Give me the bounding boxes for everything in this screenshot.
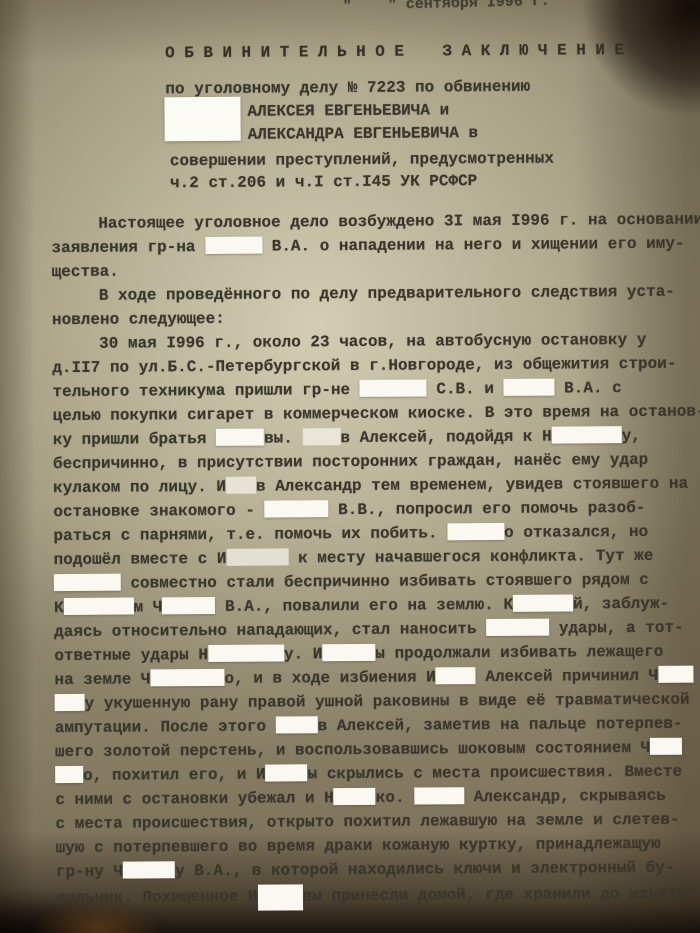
document-line: ку пришли братья вы. в Алексей, подойдя … <box>53 426 641 450</box>
document-line: ампутации. После этого в Алексей, замети… <box>55 714 683 738</box>
document-line: раться с парнями, т.е. помочь их побить.… <box>53 522 648 546</box>
text-segment: у В.А., в которой находились ключи и эле… <box>175 859 674 880</box>
text-segment: с места происшествия, открыто похитил ле… <box>55 811 679 833</box>
document-line: остановке знакомого - В.В., попросил его… <box>53 498 645 522</box>
text-segment: м Ч <box>134 598 163 616</box>
redaction-box <box>486 619 549 636</box>
text-segment: шую с потерпевшего во время драки кожану… <box>56 835 661 857</box>
document-line: кулаком по лицу. Ив Александр тем времен… <box>53 474 688 498</box>
text-segment: о отказался, но <box>504 523 648 542</box>
document-line: шую с потерпевшего во время драки кожану… <box>56 834 661 858</box>
text-segment: беспричинно, в присутствии посторонних г… <box>53 451 648 473</box>
text-segment: вы. <box>264 429 303 447</box>
redaction-box <box>64 598 134 615</box>
redaction-box <box>216 429 264 446</box>
text-segment: В.В., попросил его помочь разоб- <box>328 499 645 519</box>
document-line: на земле Чо, и в ходе избиения И Алексей… <box>54 666 693 690</box>
document-text-layer: " " сентября I996 г. ОБВИНИТЕЛЬНОЕ ЗАКЛЮ… <box>0 0 700 933</box>
document-line: совместно стали беспричинно избивать сто… <box>54 570 649 594</box>
text-segment: заявления гр-на <box>51 238 205 257</box>
document-line: о, похитил его, и Иы скрылись с места пр… <box>55 762 682 786</box>
redaction-box <box>226 548 288 565</box>
redaction-box <box>55 766 83 783</box>
text-segment: к месту начавшегося конфликта. Тут же <box>288 547 653 568</box>
text-segment: в Александр тем временем, увидев стоявше… <box>256 475 688 496</box>
text-segment: у, <box>622 427 641 445</box>
text-segment: В ходе проведённого по делу предваритель… <box>99 283 675 305</box>
redaction-box <box>264 500 328 517</box>
redaction-box <box>55 694 85 711</box>
document-photo: " " сентября I996 г. ОБВИНИТЕЛЬНОЕ ЗАКЛЮ… <box>0 0 700 933</box>
text-segment: удары, а тот- <box>549 619 684 638</box>
redaction-box <box>276 716 318 733</box>
redaction-box <box>360 379 427 396</box>
text-segment: о, похитил его, и И <box>83 766 266 785</box>
text-segment: гр-ну Ч <box>56 863 123 881</box>
redaction-box <box>658 666 693 683</box>
text-segment: шего золотой перстень, и воспользовавшис… <box>55 739 650 761</box>
text-segment: подошёл вместе с И <box>54 550 227 569</box>
accused-name-1: АЛЕКСЕЯ ЕВГЕНЬЕВИЧА и <box>247 100 449 121</box>
document-line: подошёл вместе с И к месту начавшегося к… <box>54 546 654 570</box>
document-line: Км Ч В.А., повалили его на землю. Кй, за… <box>54 594 669 618</box>
text-segment: новлено следующее: <box>52 310 225 329</box>
redaction-box <box>54 574 121 591</box>
text-segment: в Алексей, подойдя к Н <box>340 428 551 447</box>
text-segment: В.А. о нападении на него и хищении его и… <box>262 235 685 256</box>
text-segment: В.А., повалили его на землю. К <box>215 596 513 616</box>
document-line: беспричинно, в присутствии посторонних г… <box>53 450 648 474</box>
text-segment: вы принесли домой, где хранили до изъяти… <box>303 885 697 906</box>
document-line: 30 мая I996 г., около 23 часов, на автоб… <box>99 330 646 354</box>
document-line: тельного техникума пришли гр-не С.В. и В… <box>52 378 621 402</box>
text-segment: К <box>54 599 64 617</box>
text-segment: у укушенную рану правой ушной раковины в… <box>85 691 690 713</box>
redaction-box <box>208 644 284 662</box>
text-segment: щества. <box>52 263 119 281</box>
document-line: шего золотой перстень, и воспользовавшис… <box>55 738 682 762</box>
text-segment: 30 мая I996 г., около 23 часов, на автоб… <box>99 331 646 353</box>
text-segment: кулаком по лицу. И <box>53 478 226 497</box>
text-segment: тельного техникума пришли гр-не <box>52 381 359 401</box>
text-segment: ампутации. После этого <box>55 718 276 738</box>
redaction-box <box>436 667 476 684</box>
document-line: целью покупки сигарет в коммерческом кио… <box>53 402 700 427</box>
text-segment: ко. <box>376 789 415 807</box>
redaction-box <box>258 884 303 910</box>
text-segment: дильник. Похищенное И <box>56 888 258 907</box>
redaction-box <box>150 669 224 687</box>
text-segment: д.II7 по ул.Б.С.-Петербургской в г.Новго… <box>52 355 676 377</box>
document-line: д.II7 по ул.Б.С.-Петербургской в г.Новго… <box>52 354 676 378</box>
redaction-box <box>322 644 375 661</box>
document-line: заявления гр-на В.А. о нападении на него… <box>51 234 684 258</box>
document-line: новлено следующее: <box>52 309 225 330</box>
text-segment: Алексей причинил Ч <box>476 667 659 686</box>
text-segment: в Алексей, заметив на пальце потерпев- <box>318 715 683 736</box>
document-line: В ходе проведённого по делу предваритель… <box>99 282 675 306</box>
text-segment: Настоящее уголовное дело возбуждено 3I м… <box>98 211 700 233</box>
document-line: у укушенную рану правой ушной раковины в… <box>55 690 690 714</box>
text-segment: Александр, скрываясь <box>464 787 666 806</box>
text-segment: с ними с остановки убежал и Н <box>55 789 334 809</box>
redaction-box <box>650 738 682 755</box>
redaction-box <box>552 426 622 443</box>
charges-line-2: ч.2 ст.206 и ч.I ст.I45 УК РСФСР <box>170 171 477 193</box>
text-segment: о, и в ходе избиения И <box>224 668 435 687</box>
redaction-box-header <box>164 97 240 142</box>
text-segment: ку пришли братья <box>53 430 216 449</box>
redaction-box <box>266 764 308 781</box>
document-line: дильник. Похищенное Ивы принесли домой, … <box>56 882 696 912</box>
text-segment: ы продолжали избивать лежащего <box>375 643 663 663</box>
redaction-box <box>123 861 175 878</box>
text-segment: В.А. с <box>554 379 621 397</box>
document-line: даясь относительно нападающих, стал нано… <box>54 618 684 642</box>
document-line: гр-ну Чу В.А., в которой находились ключ… <box>56 858 675 882</box>
redaction-box <box>302 428 340 445</box>
text-segment: остановке знакомого - <box>53 502 264 521</box>
redaction-box <box>513 594 573 611</box>
text-segment: ответные удары Н <box>54 646 208 665</box>
accused-name-2: АЛЕКСАНДРА ЕВГЕНЬЕВИЧА в <box>248 123 479 145</box>
text-segment: ы скрылись с места происшествия. Вместе <box>308 763 683 784</box>
text-segment: на земле Ч <box>54 670 150 689</box>
text-segment: даясь относительно нападающих, стал нано… <box>54 620 486 641</box>
redaction-box <box>503 379 554 396</box>
document-title: ОБВИНИТЕЛЬНОЕ ЗАКЛЮЧЕНИЕ <box>165 40 634 63</box>
document-line: щества. <box>52 262 119 282</box>
redaction-box <box>447 523 504 540</box>
document-line: с места происшествия, открыто похитил ле… <box>55 810 679 834</box>
document-line: Настоящее уголовное дело возбуждено 3I м… <box>98 210 700 234</box>
text-segment: С.В. и <box>427 380 504 399</box>
text-segment: й, заблуж- <box>573 595 669 614</box>
document-line: с ними с остановки убежал и Нко. Алексан… <box>55 786 666 810</box>
redaction-box <box>162 597 215 614</box>
document-line: ответные удары Ну. Иы продолжали избиват… <box>54 642 663 666</box>
case-number-line: по уголовному делу № 7223 по обвинению <box>165 77 530 100</box>
text-segment: раться с парнями, т.е. помочь их побить. <box>53 524 447 545</box>
redaction-box <box>334 788 376 805</box>
charges-line-1: совершении преступлений, предусмотренных <box>170 149 554 172</box>
date-line: " " сентября I996 г. <box>343 0 550 17</box>
text-segment: совместно стали беспричинно избивать сто… <box>121 571 649 593</box>
redaction-box <box>226 477 256 494</box>
text-segment: целью покупки сигарет в коммерческом кио… <box>53 403 700 426</box>
redaction-box <box>205 237 262 254</box>
text-segment: у. И <box>284 645 323 663</box>
redaction-box <box>414 787 464 804</box>
